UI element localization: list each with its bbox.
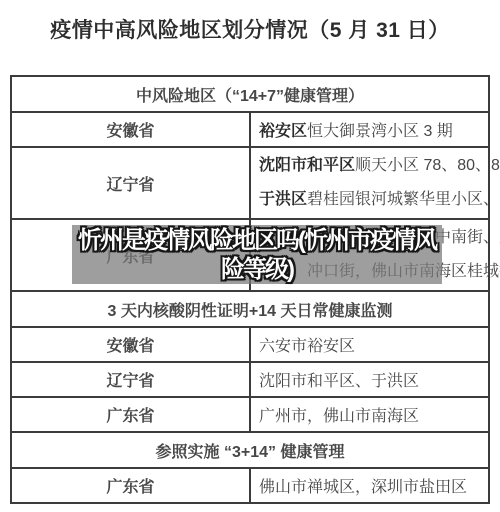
watermark-text-line1: 忻州是疫情风险地区吗(忻州市疫情风	[78, 226, 436, 255]
page-title: 疫情中高风险地区划分情况（5 月 31 日）	[0, 14, 500, 44]
detail-cell: 广州市，佛山市南海区	[250, 397, 489, 432]
detail-cell: 裕安区恒大御景湾小区 3 期	[250, 112, 489, 147]
detail-cell: 六安市裕安区	[250, 327, 489, 362]
watermark-text-line2: 险等级)	[221, 255, 293, 284]
province-cell: 安徽省	[11, 327, 250, 362]
detail-cell: 沈阳市和平区顺天小区 78、80、82 号楼所在的独立院落， 于洪区碧桂园银河城…	[250, 147, 489, 219]
province-cell: 广东省	[11, 468, 250, 503]
district-detail: 顺天小区 78、80、82 号楼所在的独立院落，	[355, 157, 500, 174]
district-name: 裕安区	[259, 123, 307, 140]
section-row-ref-3-14: 参照实施 “3+14” 健康管理	[11, 432, 489, 468]
district-detail: 碧桂园银河城繁华里小区、阳光 100 一期	[307, 191, 500, 208]
province-cell: 广东省	[11, 397, 250, 432]
district-name: 沈阳市和平区	[259, 157, 355, 174]
province-cell: 辽宁省	[11, 147, 250, 219]
watermark-overlay: 忻州是疫情风险地区吗(忻州市疫情风 险等级)	[72, 225, 442, 284]
province-cell: 辽宁省	[11, 362, 250, 397]
table-row: 广东省 广州市，佛山市南海区	[11, 397, 489, 432]
table-row: 广东省 佛山市禅城区，深圳市盐田区	[11, 468, 489, 503]
detail-line: 沈阳市和平区顺天小区 78、80、82 号楼所在的独立院落，	[259, 149, 486, 183]
section-header-medium-risk: 中风险地区（“14+7”健康管理）	[11, 76, 489, 112]
province-cell: 安徽省	[11, 112, 250, 147]
section-row-medium-risk: 中风险地区（“14+7”健康管理）	[11, 76, 489, 112]
section-header-nucleic-monitor: 3 天内核酸阴性证明+14 天日常健康监测	[11, 291, 489, 327]
table-row: 安徽省 裕安区恒大御景湾小区 3 期	[11, 112, 489, 147]
detail-cell: 佛山市禅城区，深圳市盐田区	[250, 468, 489, 503]
section-row-nucleic-monitor: 3 天内核酸阴性证明+14 天日常健康监测	[11, 291, 489, 327]
risk-area-table: 中风险地区（“14+7”健康管理） 安徽省 裕安区恒大御景湾小区 3 期 辽宁省…	[10, 75, 490, 504]
detail-line: 于洪区碧桂园银河城繁华里小区、阳光 100 一期	[259, 183, 486, 217]
table-row: 安徽省 六安市裕安区	[11, 327, 489, 362]
district-detail: 中南街、东	[435, 221, 500, 255]
table-row: 辽宁省 沈阳市和平区、于洪区	[11, 362, 489, 397]
district-name: 于洪区	[259, 191, 307, 208]
table-row: 辽宁省 沈阳市和平区顺天小区 78、80、82 号楼所在的独立院落， 于洪区碧桂…	[11, 147, 489, 219]
section-header-ref-3-14: 参照实施 “3+14” 健康管理	[11, 432, 489, 468]
detail-cell: 沈阳市和平区、于洪区	[250, 362, 489, 397]
district-detail: 恒大御景湾小区 3 期	[307, 123, 453, 140]
